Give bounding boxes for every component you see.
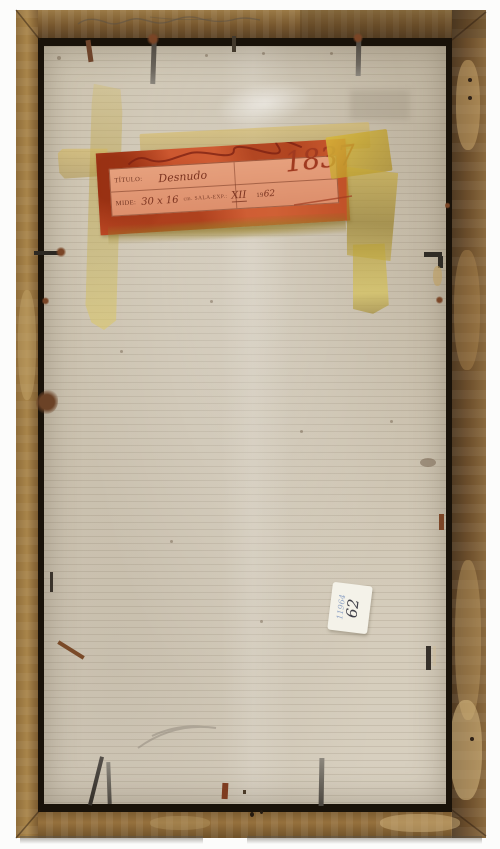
rust-stain xyxy=(353,33,363,43)
nail-left-small xyxy=(50,572,53,592)
wood-knot xyxy=(250,812,254,817)
rust-stain xyxy=(56,247,66,257)
wood-wear-patch xyxy=(150,816,210,830)
gray-smudge xyxy=(420,458,436,467)
label-field-exp: cm. SALA-EXP.: xyxy=(183,194,227,203)
rust-stain xyxy=(445,202,450,209)
tan-streak xyxy=(433,266,442,286)
speck xyxy=(243,790,246,794)
light-streak xyxy=(433,646,436,666)
nail-right-dark xyxy=(426,646,431,670)
wood-wear-patch xyxy=(450,700,482,800)
tape-crumpled-right-tail xyxy=(351,243,389,314)
nail-bottom-right xyxy=(319,758,325,806)
label-value-exp: XII xyxy=(231,190,247,203)
rust-stain xyxy=(42,297,49,305)
wood-wear-patch xyxy=(18,290,36,400)
wood-knot xyxy=(260,810,263,814)
nail-top-center-right xyxy=(356,38,362,76)
rust-stain xyxy=(436,296,443,304)
wood-wear-patch xyxy=(454,250,480,370)
sticker-number: 62 xyxy=(345,595,364,622)
label-year-written: 62 xyxy=(263,189,275,200)
label-field-mide: MIDE: xyxy=(116,199,137,207)
gray-smudge-stain xyxy=(350,90,410,120)
frame-shadow xyxy=(20,836,203,844)
label-value-mide: 30 x 16 xyxy=(141,194,179,207)
wood-wear-patch xyxy=(380,814,460,832)
nail-bottom-red-remnant xyxy=(222,783,229,799)
photo-back-of-framed-painting: TÍTULO: Desnudo MIDE: 30 x 16 cm. SALA-E… xyxy=(0,0,500,849)
wood-wear-patch xyxy=(455,560,481,720)
lot-sticker: 11964 62 xyxy=(327,582,373,635)
sticker-rotated-text: 11964 62 xyxy=(336,594,363,622)
rust-stain xyxy=(147,33,159,45)
wood-shade-patch xyxy=(300,10,486,38)
label-value-titulo: Desnudo xyxy=(158,168,208,185)
nail-hole xyxy=(470,737,474,741)
wood-wear-patch xyxy=(456,60,480,150)
nail-right-rust-mark xyxy=(439,514,444,530)
nail-hole xyxy=(468,96,472,100)
nail-top-middle xyxy=(232,36,236,52)
label-field-titulo: TÍTULO: xyxy=(114,175,142,184)
nail-hole xyxy=(468,78,472,82)
frame-shadow xyxy=(247,836,482,844)
frame-left-rail xyxy=(16,10,38,838)
